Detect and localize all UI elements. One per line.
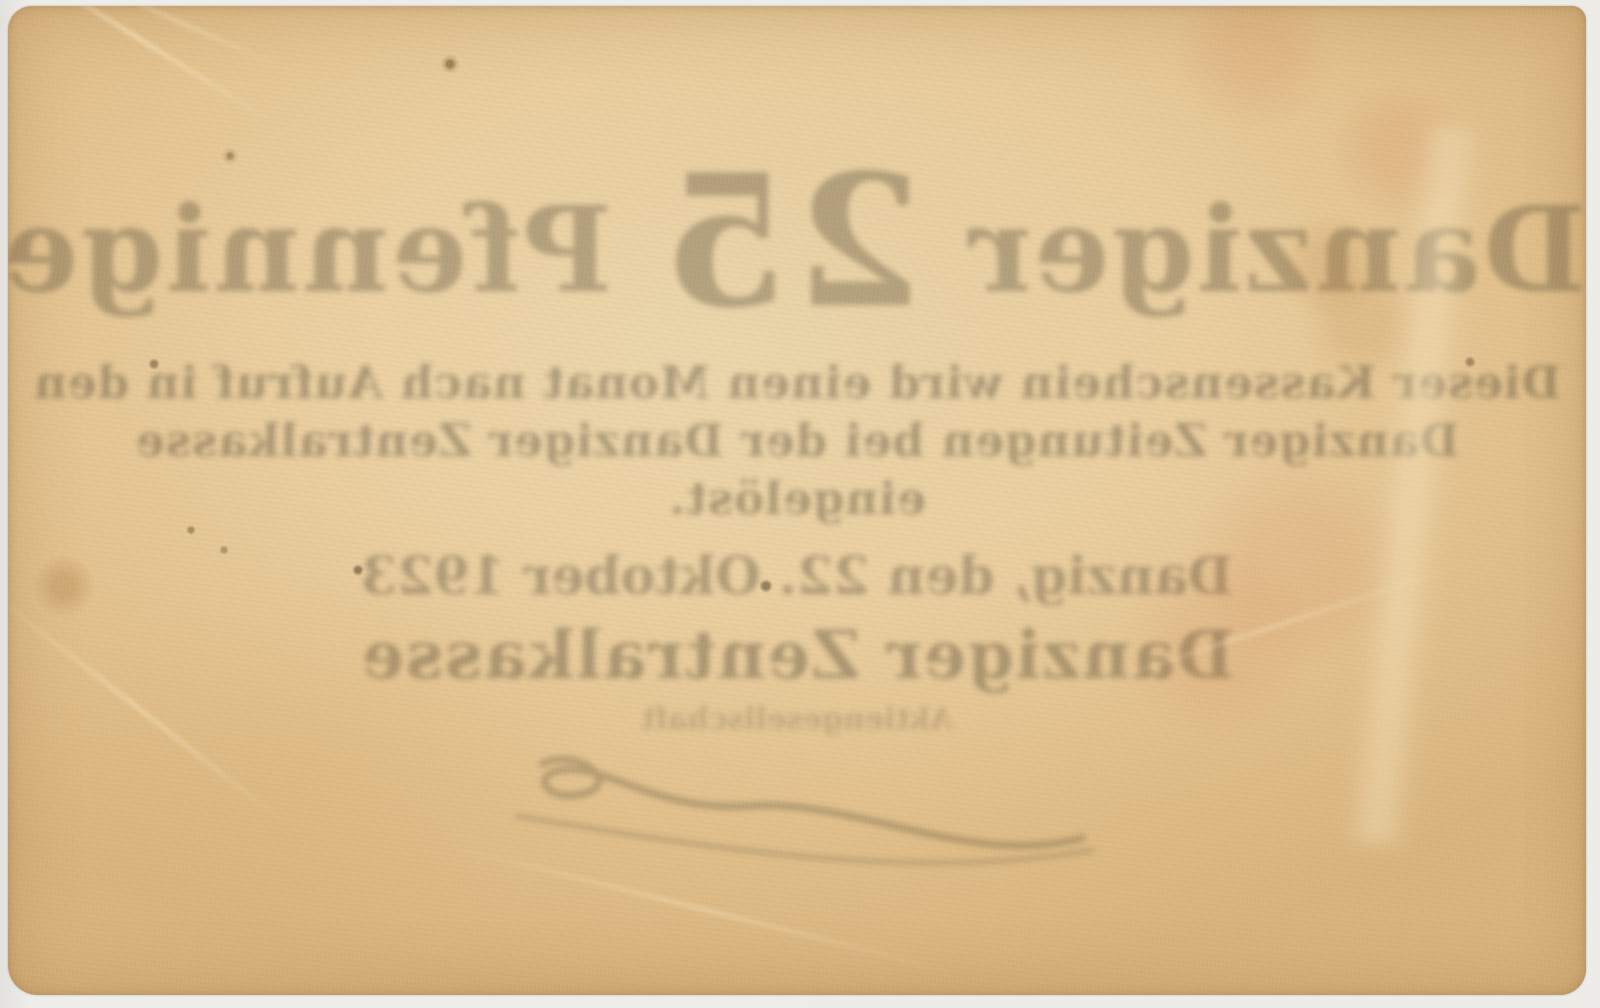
banknote-reverse: Danziger 25 Pfennige Dieser Kassenschein… — [8, 6, 1586, 995]
paper-grain — [8, 6, 1586, 995]
scan-background: Danziger 25 Pfennige Dieser Kassenschein… — [0, 0, 1600, 1008]
